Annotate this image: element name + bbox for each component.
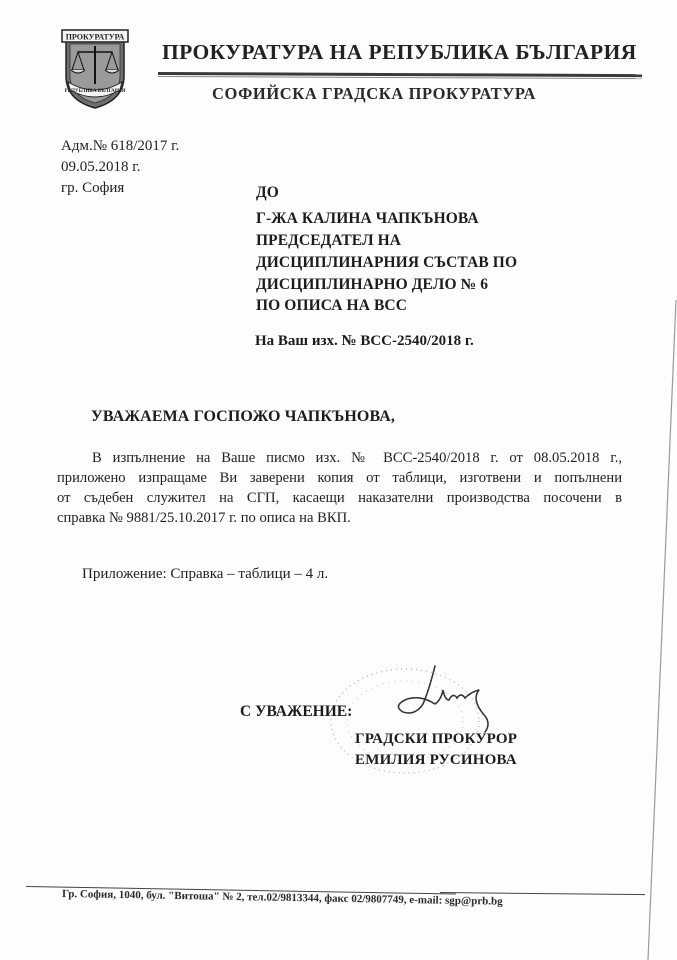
body-line: В изпълнение на Ваше писмо изх. № ВСС-25… <box>92 450 622 467</box>
letter-date: 09.05.2018 г. <box>61 159 140 176</box>
body-line: от съдебен служител на СГП, касаещи нака… <box>57 490 622 507</box>
attachment-note: Приложение: Справка – таблици – 4 л. <box>82 566 328 583</box>
addressee-line: ПРЕДСЕДАТЕЛ НА <box>256 232 401 250</box>
department-title: СОФИЙСКА ГРАДСКА ПРОКУРАТУРА <box>212 84 536 104</box>
svg-text:РЕПУБЛИКА БЪЛГАРИЯ: РЕПУБЛИКА БЪЛГАРИЯ <box>65 89 126 94</box>
signatory-title: ГРАДСКИ ПРОКУРОР <box>355 731 517 748</box>
salutation: УВАЖАЕМА ГОСПОЖО ЧАПКЪНОВА, <box>91 408 395 426</box>
addressee-line: ПО ОПИСА НА ВСС <box>256 297 407 315</box>
body-line: приложено изпращаме Ви заверени копия от… <box>57 470 622 487</box>
letter-city: гр. София <box>61 180 124 197</box>
svg-text:ПРОКУРАТУРА: ПРОКУРАТУРА <box>66 33 125 42</box>
closing-regards: С УВАЖЕНИЕ: <box>240 703 352 721</box>
signatory-name: ЕМИЛИЯ РУСИНОВА <box>355 752 517 769</box>
signature-icon <box>395 660 495 742</box>
prosecution-emblem-icon: ПРОКУРАТУРА РЕПУБЛИКА БЪЛГАРИЯ <box>60 26 130 110</box>
addressee-line: ДИСЦИПЛИНАРНО ДЕЛО № 6 <box>256 276 488 294</box>
addressee-line: ДИСЦИПЛИНАРНИЯ СЪСТАВ ПО <box>256 254 517 272</box>
addressee-line: Г-ЖА КАЛИНА ЧАПКЪНОВА <box>256 210 479 228</box>
institution-title: ПРОКУРАТУРА НА РЕПУБЛИКА БЪЛГАРИЯ <box>162 40 637 65</box>
reference-number: Адм.№ 618/2017 г. <box>61 138 179 155</box>
addressee-line: ДО <box>256 184 279 202</box>
body-line: справка № 9881/25.10.2017 г. по описа на… <box>57 510 351 527</box>
your-reference: На Ваш изх. № ВСС-2540/2018 г. <box>255 333 474 350</box>
footer-address: Гр. София, 1040, бул. "Витоша" № 2, тел.… <box>62 888 503 908</box>
